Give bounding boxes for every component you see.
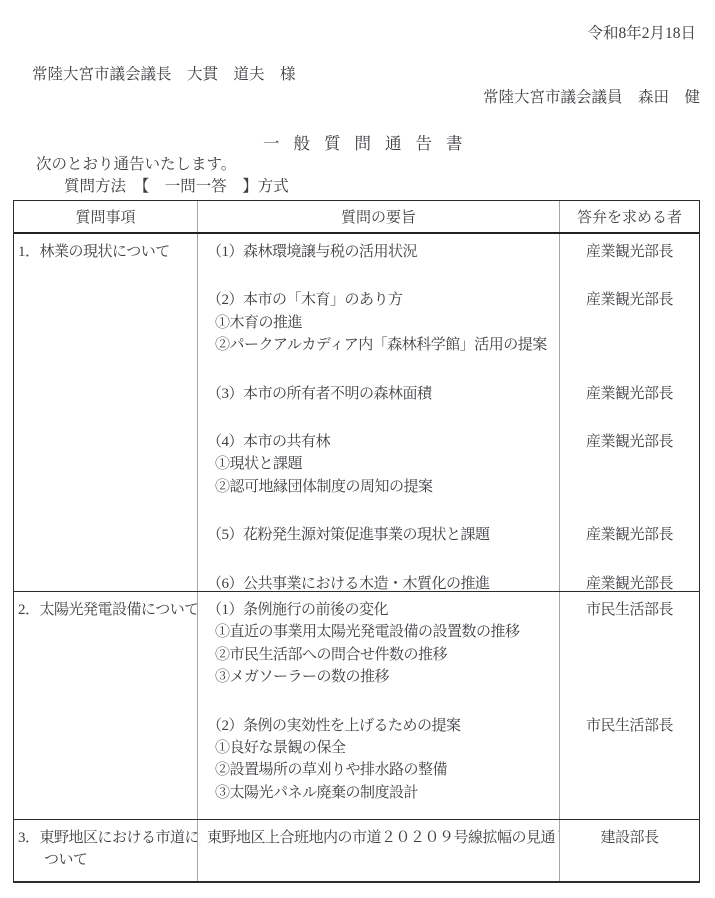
answerer-label: 産業観光部長 (560, 383, 699, 405)
answerer-group: 産業観光部長 (560, 524, 699, 546)
row-topic: 3．東野地区における市道に (18, 827, 197, 849)
answerer-label: 産業観光部長 (560, 241, 699, 263)
question-group: （2）本市の「木育」のあり方①木育の推進②パークアルカディア内「森林科学館」活用… (207, 289, 559, 356)
question-item: ②設置場所の草刈りや排水路の整備 (207, 759, 559, 781)
table-row: 1．林業の現状について（1）森林環境譲与税の活用状況（2）本市の「木育」のあり方… (14, 234, 699, 591)
question-method: 質問方法 【 一問一答 】方式 (64, 174, 289, 196)
question-item: ②市民生活部への問合せ件数の推移 (207, 644, 559, 666)
question-group: 東野地区上合班地内の市道２０２０９号線拡幅の見通し (207, 827, 559, 849)
answerer-group: 産業観光部長 (560, 241, 699, 263)
sender-line: 常陸大宮市議会議員 森田 健 (483, 85, 700, 107)
question-item: （4）本市の共有林 (207, 431, 559, 453)
answerer-group: 市民生活部長 (560, 715, 699, 805)
question-item: （6）公共事業における木造・木質化の推進 (207, 573, 559, 591)
question-item: ①直近の事業用太陽光発電設備の設置数の推移 (207, 621, 559, 643)
question-group: （4）本市の共有林①現状と課題②認可地縁団体制度の周知の提案 (207, 431, 559, 498)
answerer-group: 産業観光部長 (560, 383, 699, 405)
header-cell-summary: 質問の要旨 (198, 201, 560, 232)
question-item: ①良好な景観の保全 (207, 737, 559, 759)
answerer-group: 市民生活部長 (560, 599, 699, 689)
table-row: 3．東野地区における市道について東野地区上合班地内の市道２０２０９号線拡幅の見通… (14, 819, 699, 881)
row-topic: 1．林業の現状について (18, 241, 197, 263)
answerer-label: 産業観光部長 (560, 573, 699, 591)
table-header-row: 質問事項 質問の要旨 答弁を求める者 (14, 201, 699, 234)
answerer-cell: 市民生活部長市民生活部長 (560, 592, 699, 819)
question-table: 質問事項 質問の要旨 答弁を求める者 1．林業の現状について（1）森林環境譲与税… (13, 200, 700, 883)
question-group: （5）花粉発生源対策促進事業の現状と課題 (207, 524, 559, 546)
answerer-group: 建設部長 (560, 827, 699, 849)
question-item: ③メガソーラーの数の推移 (207, 666, 559, 688)
answerer-label: 建設部長 (560, 827, 699, 849)
topic-cell: 1．林業の現状について (14, 234, 198, 591)
question-group: （6）公共事業における木造・木質化の推進 (207, 573, 559, 591)
answerer-group: 産業観光部長 (560, 289, 699, 356)
summary-cell: （1）条例施行の前後の変化①直近の事業用太陽光発電設備の設置数の推移②市民生活部… (198, 592, 560, 819)
question-item: （1）森林環境譲与税の活用状況 (207, 241, 559, 263)
addressee-line: 常陸大宮市議会議長 大貫 道夫 様 (32, 62, 296, 84)
question-group: （1）森林環境譲与税の活用状況 (207, 241, 559, 263)
question-item: ①現状と課題 (207, 453, 559, 475)
answerer-label: 産業観光部長 (560, 431, 699, 453)
question-item: ②パークアルカディア内「森林科学館」活用の提案 (207, 334, 559, 356)
table-row: 2．太陽光発電設備について（1）条例施行の前後の変化①直近の事業用太陽光発電設備… (14, 591, 699, 819)
question-item: ②認可地縁団体制度の周知の提案 (207, 476, 559, 498)
row-topic: 2．太陽光発電設備について (18, 599, 197, 621)
question-item: （2）条例の実効性を上げるための提案 (207, 715, 559, 737)
question-item: ①木育の推進 (207, 312, 559, 334)
header-cell-topic: 質問事項 (14, 201, 198, 232)
intro-text: 次のとおり通告いたします。 (36, 152, 236, 174)
answerer-cell: 産業観光部長産業観光部長産業観光部長産業観光部長産業観光部長産業観光部長 (560, 234, 699, 591)
header-cell-answerer: 答弁を求める者 (560, 201, 699, 232)
topic-cell: 3．東野地区における市道について (14, 820, 198, 881)
question-item: （1）条例施行の前後の変化 (207, 599, 559, 621)
summary-cell: （1）森林環境譲与税の活用状況（2）本市の「木育」のあり方①木育の推進②パークア… (198, 234, 560, 591)
summary-cell: 東野地区上合班地内の市道２０２０９号線拡幅の見通し (198, 820, 560, 881)
table-body: 1．林業の現状について（1）森林環境譲与税の活用状況（2）本市の「木育」のあり方… (14, 234, 699, 881)
answerer-cell: 建設部長 (560, 820, 699, 881)
document-date: 令和8年2月18日 (587, 21, 696, 43)
answerer-group: 産業観光部長 (560, 431, 699, 498)
question-group: （3）本市の所有者不明の森林面積 (207, 383, 559, 405)
row-topic: ついて (18, 849, 197, 871)
question-item: ③太陽光パネル廃棄の制度設計 (207, 782, 559, 804)
question-item: （3）本市の所有者不明の森林面積 (207, 383, 559, 405)
question-group: （1）条例施行の前後の変化①直近の事業用太陽光発電設備の設置数の推移②市民生活部… (207, 599, 559, 689)
question-group: （2）条例の実効性を上げるための提案①良好な景観の保全②設置場所の草刈りや排水路… (207, 715, 559, 805)
answerer-group: 産業観光部長 (560, 573, 699, 591)
topic-cell: 2．太陽光発電設備について (14, 592, 198, 819)
question-item: （5）花粉発生源対策促進事業の現状と課題 (207, 524, 559, 546)
page-title: 一般質問通告書 (263, 130, 477, 154)
answerer-label: 市民生活部長 (560, 715, 699, 737)
answerer-label: 産業観光部長 (560, 524, 699, 546)
answerer-label: 産業観光部長 (560, 289, 699, 311)
answerer-label: 市民生活部長 (560, 599, 699, 621)
question-item: （2）本市の「木育」のあり方 (207, 289, 559, 311)
question-item: 東野地区上合班地内の市道２０２０９号線拡幅の見通し (207, 827, 559, 849)
